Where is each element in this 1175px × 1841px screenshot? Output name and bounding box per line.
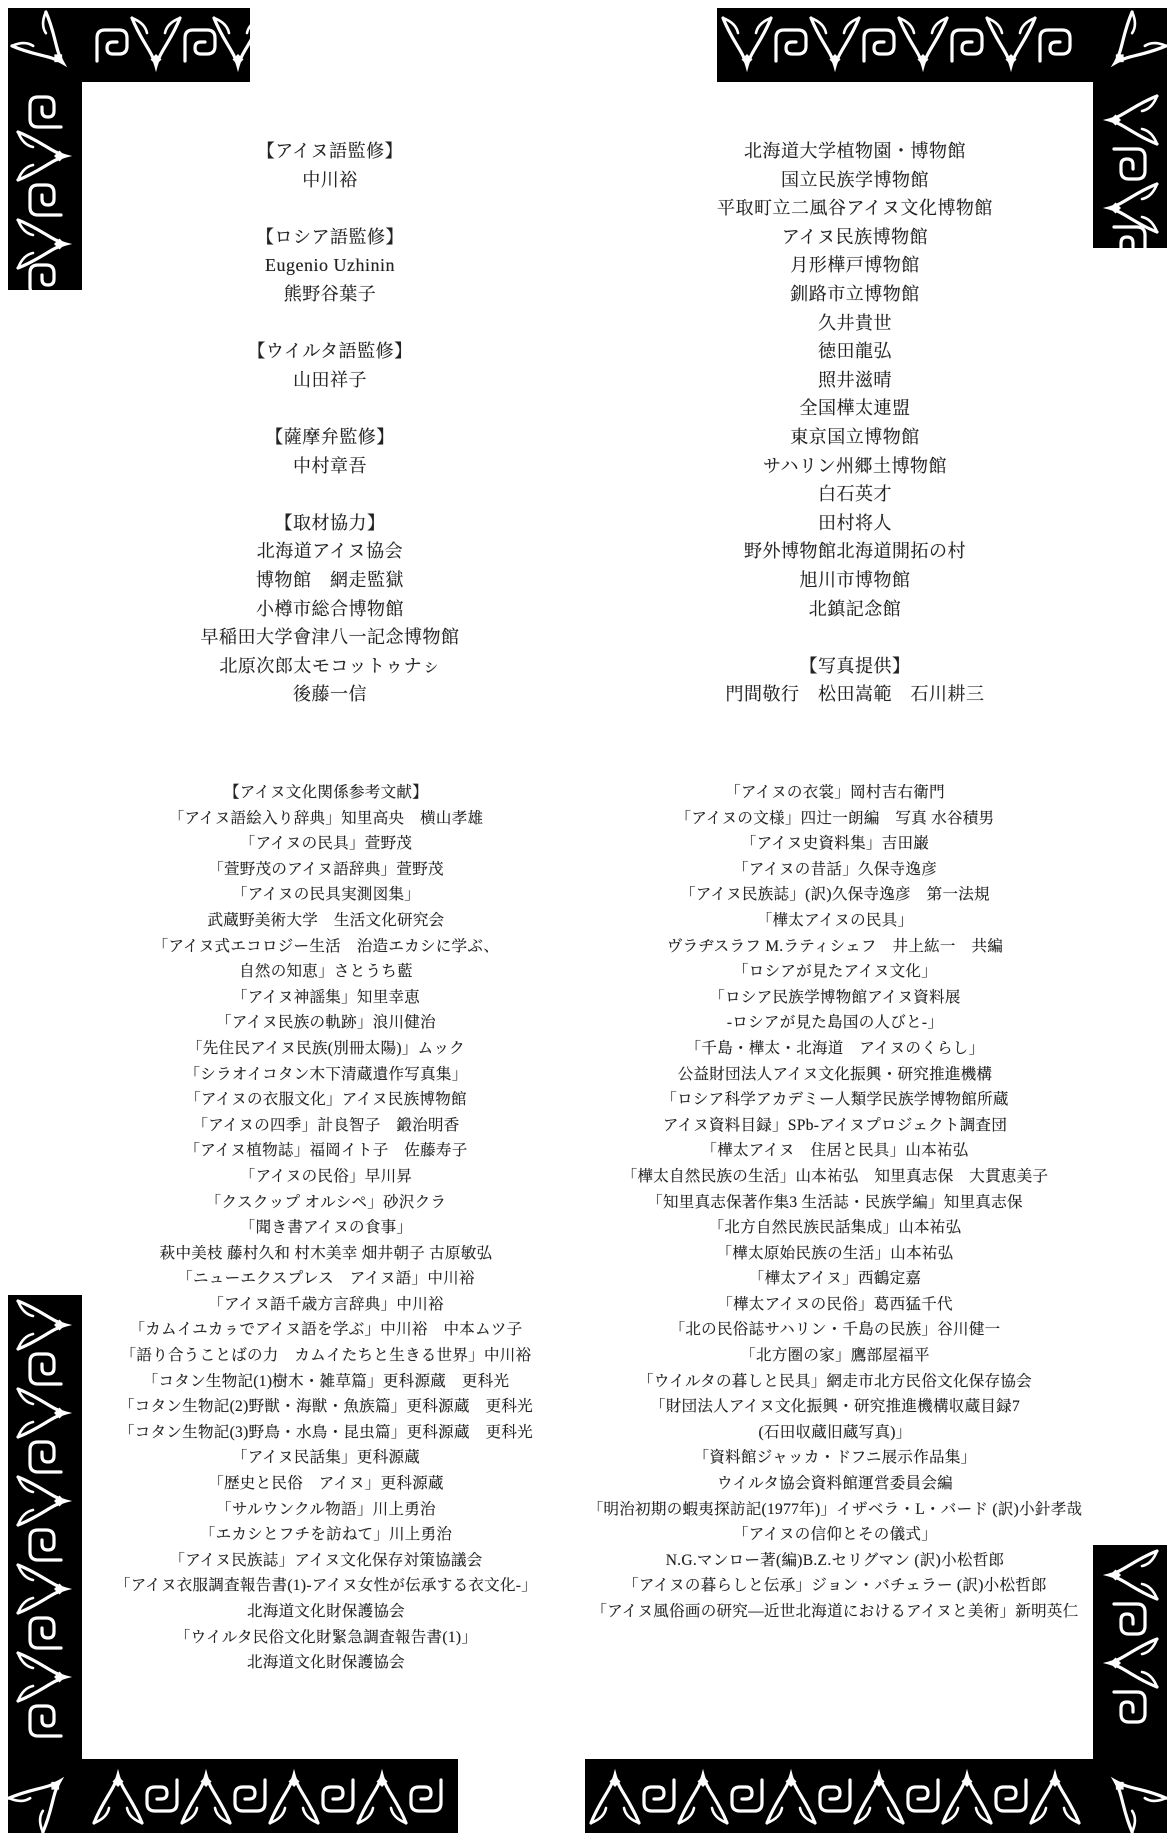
credit-line: 「アイヌの民具実測図集」 bbox=[71, 882, 581, 908]
references-list-right: 「アイヌの衣裳」岡村吉右衛門「アイヌの文様」四辻一朗編 写真 水谷積男「アイヌ史… bbox=[580, 780, 1090, 1625]
credit-line: 「明治初期の蝦夷探訪記(1977年)」イザベラ・L・バード (訳)小針孝哉 bbox=[580, 1497, 1090, 1523]
credit-line: 「ウイルタ民俗文化財緊急調査報告書(1)」 bbox=[71, 1625, 581, 1651]
credit-line: 「北の民俗誌サハリン・千島の民族」谷川健一 bbox=[580, 1317, 1090, 1343]
credit-line: 「樺太自然民族の生活」山本祐弘 知里真志保 大貫恵美子 bbox=[580, 1164, 1090, 1190]
credit-line: ウイルタ協会資料館運営委員会編 bbox=[580, 1471, 1090, 1497]
credit-line: 「歴史と民俗 アイヌ」更科源蔵 bbox=[71, 1471, 581, 1497]
credit-line: 徳田龍弘 bbox=[605, 337, 1105, 366]
credit-line: 「アイヌの暮らしと伝承」ジョン・バチェラー (訳)小松哲郎 bbox=[580, 1573, 1090, 1599]
credit-line: 「アイヌの昔話」久保寺逸彦 bbox=[580, 857, 1090, 883]
credit-line: 照井滋晴 bbox=[605, 366, 1105, 395]
section-heading: 【アイヌ語監修】 bbox=[80, 137, 580, 166]
credit-line: 萩中美枝 藤村久和 村木美幸 畑井朝子 古原敏弘 bbox=[71, 1241, 581, 1267]
credit-line: 山田祥子 bbox=[80, 366, 580, 395]
credit-line: 「アイヌ植物誌」福岡イト子 佐藤寿子 bbox=[71, 1138, 581, 1164]
credit-line: 「ウイルタの暮しと民具」網走市北方民俗文化保存協会 bbox=[580, 1369, 1090, 1395]
credit-line: サハリン州郷土博物館 bbox=[605, 452, 1105, 481]
credit-line: 「カムイユカㇻでアイヌ語を学ぶ」中川裕 中本ムツ子 bbox=[71, 1317, 581, 1343]
credit-line: 「ロシアが見たアイヌ文化」 bbox=[580, 959, 1090, 985]
credit-group: 【アイヌ語監修】中川裕 bbox=[80, 137, 580, 194]
section-heading: 【ウイルタ語監修】 bbox=[80, 337, 580, 366]
credit-line: 「アイヌの民具」萱野茂 bbox=[71, 831, 581, 857]
credit-line: 「ロシア科学アカデミー人類学民族学博物館所蔵 bbox=[580, 1087, 1090, 1113]
credit-line: 自然の知恵」さとうち藍 bbox=[71, 959, 581, 985]
credit-line: 早稲田大学會津八一記念博物館 bbox=[80, 623, 580, 652]
credit-line: 「樺太原始民族の生活」山本祐弘 bbox=[580, 1241, 1090, 1267]
references-list-left: 「アイヌ語絵入り辞典」知里高央 横山孝雄「アイヌの民具」萱野茂「萱野茂のアイヌ語… bbox=[71, 806, 581, 1676]
credit-line: 「コタン生物記(3)野鳥・水鳥・昆虫篇」更科源蔵 更科光 bbox=[71, 1420, 581, 1446]
credit-line: 中村章吾 bbox=[80, 452, 580, 481]
credit-line: 「アイヌ民話集」更科源蔵 bbox=[71, 1445, 581, 1471]
credit-line: 「アイヌの衣服文化」アイヌ民族博物館 bbox=[71, 1087, 581, 1113]
credit-line: 「エカシとフチを訪ねて」川上勇治 bbox=[71, 1522, 581, 1548]
credit-group: 【ウイルタ語監修】山田祥子 bbox=[80, 337, 580, 394]
credit-line: 「アイヌの四季」計良智子 鍛治明香 bbox=[71, 1113, 581, 1139]
credit-line: 「先住民アイヌ民族(別冊太陽)」ムック bbox=[71, 1036, 581, 1062]
credit-line: Eugenio Uzhinin bbox=[80, 251, 580, 280]
credit-line: 北鎮記念館 bbox=[605, 595, 1105, 624]
credit-line: 「語り合うことばの力 カムイたちと生きる世界」中川裕 bbox=[71, 1343, 581, 1369]
credit-line: 「ニューエクスプレス アイヌ語」中川裕 bbox=[71, 1266, 581, 1292]
credit-line: 「コタン生物記(2)野獣・海獣・魚族篇」更科源蔵 更科光 bbox=[71, 1394, 581, 1420]
credit-line: 「財団法人アイヌ文化振興・研究推進機構収蔵目録7 bbox=[580, 1394, 1090, 1420]
credit-line: 「コタン生物記(1)樹木・雑草篇」更科源蔵 更科光 bbox=[71, 1369, 581, 1395]
credit-line: 中川裕 bbox=[80, 166, 580, 195]
credit-line: 「アイヌの文様」四辻一朗編 写真 水谷積男 bbox=[580, 806, 1090, 832]
credit-line: 公益財団法人アイヌ文化振興・研究推進機構 bbox=[580, 1062, 1090, 1088]
credit-line: 「アイヌの民俗」早川昇 bbox=[71, 1164, 581, 1190]
credit-line: 「アイヌ民族誌」(訳)久保寺逸彦 第一法規 bbox=[580, 882, 1090, 908]
photo-credit-names: 門間敬行 松田嵩範 石川耕三 bbox=[605, 680, 1105, 709]
credit-line: 北海道アイヌ協会 bbox=[80, 537, 580, 566]
credit-line: アイヌ民族博物館 bbox=[605, 223, 1105, 252]
credit-group: 【ロシア語監修】Eugenio Uzhinin熊野谷葉子 bbox=[80, 223, 580, 309]
credit-line: 博物館 網走監獄 bbox=[80, 566, 580, 595]
credit-line: 「アイヌ衣服調査報告書(1)-アイヌ女性が伝承する衣文化-」 bbox=[71, 1573, 581, 1599]
credit-line: 「アイヌ語絵入り辞典」知里高央 横山孝雄 bbox=[71, 806, 581, 832]
credit-line: 野外博物館北海道開拓の村 bbox=[605, 537, 1105, 566]
section-heading: 【取材協力】 bbox=[80, 509, 580, 538]
cooperation-list: 北海道大学植物園・博物館国立民族学博物館平取町立二風谷アイヌ文化博物館アイヌ民族… bbox=[605, 137, 1105, 623]
credit-line: 「聞き書アイヌの食事」 bbox=[71, 1215, 581, 1241]
credit-line: 熊野谷葉子 bbox=[80, 280, 580, 309]
credit-line: 北海道文化財保護協会 bbox=[71, 1650, 581, 1676]
credit-line: ヴラヂスラフ M.ラティシェフ 井上紘一 共編 bbox=[580, 934, 1090, 960]
credit-line: 「千島・樺太・北海道 アイヌのくらし」 bbox=[580, 1036, 1090, 1062]
credit-line: 「クスクップ オルシペ」砂沢クラ bbox=[71, 1190, 581, 1216]
credit-group: 【取材協力】北海道アイヌ協会博物館 網走監獄小樽市総合博物館早稲田大学會津八一記… bbox=[80, 509, 580, 709]
photo-credit-heading: 【写真提供】 bbox=[605, 652, 1105, 681]
credit-line: 「アイヌ語千歳方言辞典」中川裕 bbox=[71, 1292, 581, 1318]
photo-credit-block: 【写真提供】 門間敬行 松田嵩範 石川耕三 bbox=[605, 652, 1105, 709]
credit-line: 国立民族学博物館 bbox=[605, 166, 1105, 195]
section-heading: 【ロシア語監修】 bbox=[80, 223, 580, 252]
credit-line: 「北方自然民族民話集成」山本祐弘 bbox=[580, 1215, 1090, 1241]
credit-line: 久井貴世 bbox=[605, 309, 1105, 338]
credits-page: 【アイヌ語監修】中川裕【ロシア語監修】Eugenio Uzhinin熊野谷葉子【… bbox=[0, 0, 1175, 1841]
credit-line: 白石英才 bbox=[605, 480, 1105, 509]
section-heading: 【薩摩弁監修】 bbox=[80, 423, 580, 452]
credit-line: 小樽市総合博物館 bbox=[80, 595, 580, 624]
credit-line: 北原次郎太モコットゥナㇱ bbox=[80, 652, 580, 681]
credit-line: 「サルウンクル物語」川上勇治 bbox=[71, 1497, 581, 1523]
credit-line: 北海道大学植物園・博物館 bbox=[605, 137, 1105, 166]
cooperation-column: 北海道大学植物園・博物館国立民族学博物館平取町立二風谷アイヌ文化博物館アイヌ民族… bbox=[605, 137, 1105, 709]
credit-line: 釧路市立博物館 bbox=[605, 280, 1105, 309]
credit-line: 田村将人 bbox=[605, 509, 1105, 538]
references-column-right: 「アイヌの衣裳」岡村吉右衛門「アイヌの文様」四辻一朗編 写真 水谷積男「アイヌ史… bbox=[580, 780, 1090, 1625]
credit-line: 後藤一信 bbox=[80, 680, 580, 709]
credit-line: 「アイヌの信仰とその儀式」 bbox=[580, 1522, 1090, 1548]
credit-line: -ロシアが見た島国の人びと-」 bbox=[580, 1010, 1090, 1036]
credit-line: 「アイヌ神謡集」知里幸恵 bbox=[71, 985, 581, 1011]
credit-line: 北海道文化財保護協会 bbox=[71, 1599, 581, 1625]
credit-line: 「萱野茂のアイヌ語辞典」萱野茂 bbox=[71, 857, 581, 883]
credit-line: 「アイヌ民族の軌跡」浪川健治 bbox=[71, 1010, 581, 1036]
credit-line: 「アイヌ史資料集」吉田巌 bbox=[580, 831, 1090, 857]
credit-line: 武蔵野美術大学 生活文化研究会 bbox=[71, 908, 581, 934]
credit-line: 月形樺戸博物館 bbox=[605, 251, 1105, 280]
credit-line: 東京国立博物館 bbox=[605, 423, 1105, 452]
credit-line: 全国樺太連盟 bbox=[605, 394, 1105, 423]
credit-line: 「アイヌ風俗画の研究―近世北海道におけるアイヌと美術」新明英仁 bbox=[580, 1599, 1090, 1625]
credit-line: 「アイヌ民族誌」アイヌ文化保存対策協議会 bbox=[71, 1548, 581, 1574]
credit-line: 「アイヌの衣裳」岡村吉右衛門 bbox=[580, 780, 1090, 806]
credit-line: 「ロシア民族学博物館アイヌ資料展 bbox=[580, 985, 1090, 1011]
credit-group: 【薩摩弁監修】中村章吾 bbox=[80, 423, 580, 480]
credit-line: 「北方圏の家」鷹部屋福平 bbox=[580, 1343, 1090, 1369]
credit-line: 「樺太アイヌ」西鶴定嘉 bbox=[580, 1266, 1090, 1292]
credit-line: 平取町立二風谷アイヌ文化博物館 bbox=[605, 194, 1105, 223]
credit-line: 「シラオイコタン木下清蔵遺作写真集」 bbox=[71, 1062, 581, 1088]
credit-line: 「知里真志保著作集3 生活誌・民族学編」知里真志保 bbox=[580, 1190, 1090, 1216]
credit-line: 「樺太アイヌの民俗」葛西猛千代 bbox=[580, 1292, 1090, 1318]
credit-line: 「アイヌ式エコロジー生活 治造エカシに学ぶ、 bbox=[71, 934, 581, 960]
credit-line: 旭川市博物館 bbox=[605, 566, 1105, 595]
credit-line: (石田収蔵旧蔵写真)」 bbox=[580, 1420, 1090, 1446]
credit-line: 「樺太アイヌの民具」 bbox=[580, 908, 1090, 934]
credit-line: 「資料館ジャッカ・ドフニ展示作品集」 bbox=[580, 1445, 1090, 1471]
references-heading: 【アイヌ文化関係参考文献】 bbox=[71, 780, 581, 806]
supervisors-column: 【アイヌ語監修】中川裕【ロシア語監修】Eugenio Uzhinin熊野谷葉子【… bbox=[80, 137, 580, 709]
credit-line: 「樺太アイヌ 住居と民具」山本祐弘 bbox=[580, 1138, 1090, 1164]
credit-line: アイヌ資料目録」SPb-アイヌプロジェクト調査団 bbox=[580, 1113, 1090, 1139]
credit-line: N.G.マンロー著(編)B.Z.セリグマン (訳)小松哲郎 bbox=[580, 1548, 1090, 1574]
references-column-left: 【アイヌ文化関係参考文献】 「アイヌ語絵入り辞典」知里高央 横山孝雄「アイヌの民… bbox=[71, 780, 581, 1676]
